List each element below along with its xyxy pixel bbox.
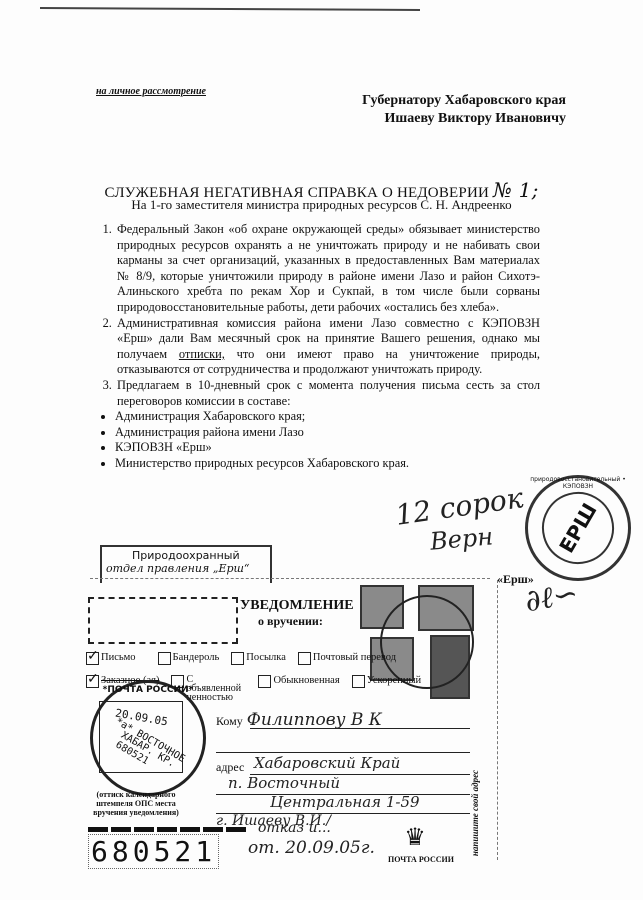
handwritten-note-2: Верн: [429, 522, 494, 555]
review-note: на личное рассмотрение: [96, 86, 206, 97]
document-body: Федеральный Закон «об охране окружающей …: [95, 222, 540, 472]
checkbox-box[interactable]: [298, 652, 311, 665]
commission-member: Министерство природных ресурсов Хабаровс…: [115, 456, 540, 472]
checkbox-money-order[interactable]: Почтовый перевод: [298, 652, 396, 665]
checkbox-letter[interactable]: Письмо: [86, 652, 136, 665]
document-subtitle: На 1-го заместителя министра природных р…: [0, 197, 643, 213]
checkbox-box[interactable]: [86, 652, 99, 665]
pochta-rossii-label: ПОЧТА РОССИИ: [388, 855, 454, 864]
delivery-postmark: *ПОЧТА РОССИИ* 20.09.05 *а* ВОСТОЧНОЕ ХА…: [90, 680, 206, 796]
dashed-sender-box: [88, 597, 238, 644]
commission-member: Администрация района имени Лазо: [115, 425, 540, 441]
address-line: п. Восточный: [228, 774, 340, 792]
round-seal-icon: природовосстановительный • КЭПОВЗН ЕРШ: [525, 475, 631, 581]
commission-member: КЭПОВЗН «Ерш»: [115, 440, 540, 456]
address-line: Хабаровский Край: [254, 754, 400, 772]
point-2: Административная комиссия района имени Л…: [115, 316, 540, 378]
postmark-caption: (оттиск календарного штемпеля ОПС места …: [86, 790, 186, 817]
seal-ring-text: природовосстановительный • КЭПОВЗН: [528, 476, 628, 490]
checkbox-box[interactable]: [352, 675, 365, 688]
checkbox-package[interactable]: Посылка: [231, 652, 286, 665]
addressee-block: Губернатору Хабаровского края Ишаеву Вик…: [362, 92, 566, 128]
points-list: Федеральный Закон «об охране окружающей …: [95, 222, 540, 409]
checkbox-box[interactable]: [258, 675, 271, 688]
notice-title: УВЕДОМЛЕНИЕ: [240, 598, 354, 614]
address-line: Центральная 1-59: [270, 793, 420, 811]
checkbox-ordinary[interactable]: Обыкновенная: [258, 675, 339, 688]
address-field: адрес Хабаровский Край п. Восточный Цент…: [216, 758, 470, 838]
checkbox-box[interactable]: [231, 652, 244, 665]
date-note: от. 20.09.05г.: [248, 838, 375, 858]
to-value: Филиппову В К: [247, 710, 382, 730]
to-label: Кому: [216, 714, 243, 728]
postmark-top-text: *ПОЧТА РОССИИ*: [93, 685, 203, 695]
address-label: адрес: [216, 760, 244, 774]
double-headed-eagle-icon: ♛: [400, 823, 430, 851]
checkbox-express[interactable]: Ускоренный: [352, 675, 421, 688]
refusal-note: отказ и...: [258, 820, 331, 836]
dept-stamp-line2: отдел правления „Ерш“: [106, 562, 250, 575]
index-marker-bars: [88, 827, 246, 832]
underlined-word: отписки,: [179, 347, 225, 361]
point-1: Федеральный Закон «об охране окружающей …: [115, 222, 540, 316]
point-3: Предлагаем в 10-дневный срок с момента п…: [115, 378, 540, 409]
checkbox-box[interactable]: [158, 652, 171, 665]
card-edge-top: [90, 578, 490, 579]
ersh-label: «Ерш»: [497, 572, 534, 587]
item-type-row: Письмо Бандероль Посылка Почтовый перево…: [86, 652, 404, 665]
checkbox-parcel-post[interactable]: Бандероль: [158, 652, 220, 665]
commission-member: Администрация Хабаровского края;: [115, 409, 540, 425]
commission-list: Администрация Хабаровского края; Админис…: [95, 409, 540, 471]
notice-subtitle: о вручении:: [258, 614, 323, 629]
dept-stamp-line1: Природоохранный: [132, 549, 240, 562]
addressee-position: Губернатору Хабаровского края: [362, 92, 566, 110]
addressee-name: Ишаеву Виктору Ивановичу: [362, 110, 566, 128]
scan-edge-line: [40, 7, 420, 14]
seal-center-text: ЕРШ: [529, 479, 627, 577]
vertical-instruction: напишите свой адрес: [470, 770, 480, 856]
recipient-field: Кому Филиппову В К: [216, 710, 470, 730]
postal-index: 680521: [88, 834, 219, 869]
